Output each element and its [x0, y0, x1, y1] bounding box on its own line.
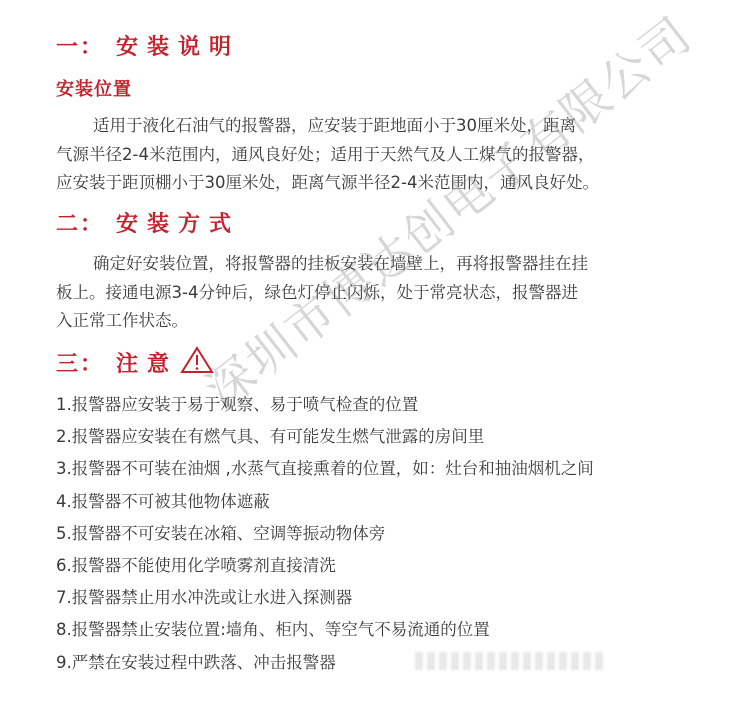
- warning-triangle-icon: [180, 346, 214, 382]
- section-title: 安装说明: [116, 35, 240, 60]
- installation-method-paragraph: 确定好安装位置，将报警器的挂板安装在墙壁上，再将报警器挂在挂 板上。接通电源3-…: [56, 250, 716, 336]
- company-watermark: 深圳市博达创电子有限公司: [189, 0, 704, 422]
- subheading-installation-position: 安装位置: [56, 77, 132, 103]
- section-heading-installation-notes: 一：安装说明: [56, 34, 240, 62]
- section-number: 二: [56, 212, 80, 237]
- list-item: 3.报警器不可装在油烟 ,水蒸气直接熏着的位置，如：灶台和抽油烟机之间: [56, 453, 594, 485]
- section-title: 注意: [116, 352, 178, 377]
- blurred-text-strip: [415, 652, 605, 670]
- section-number: 一: [56, 35, 80, 60]
- section-heading-installation-method: 二：安装方式: [56, 211, 240, 239]
- list-item: 1.报警器应安装于易于观察、易于喷气检查的位置: [56, 389, 594, 421]
- section-colon: ：: [80, 212, 102, 237]
- installation-position-paragraph: 适用于液化石油气的报警器，应安装于距地面小于30厘米处，距离 气源半径2-4米范…: [56, 112, 716, 198]
- section-heading-precautions: 三：注意: [56, 346, 214, 382]
- section-colon: ：: [80, 352, 102, 377]
- precautions-list: 1.报警器应安装于易于观察、易于喷气检查的位置 2.报警器应安装在有燃气具、有可…: [56, 389, 594, 679]
- paragraph-line: 板上。接通电源3-4分钟后，绿色灯停止闪烁，处于常亮状态，报警器进: [56, 279, 716, 308]
- list-item: 5.报警器不可安装在冰箱、空调等振动物体旁: [56, 518, 594, 550]
- paragraph-line: 确定好安装位置，将报警器的挂板安装在墙壁上，再将报警器挂在挂: [56, 250, 716, 279]
- list-item: 6.报警器不能使用化学喷雾剂直接清洗: [56, 550, 594, 582]
- paragraph-line: 入正常工作状态。: [56, 307, 716, 336]
- list-item: 8.报警器禁止安装位置:墙角、柜内、等空气不易流通的位置: [56, 614, 594, 646]
- installation-instructions-page: 一：安装说明 安装位置 适用于液化石油气的报警器，应安装于距地面小于30厘米处，…: [0, 0, 750, 703]
- list-item: 4.报警器不可被其他物体遮蔽: [56, 486, 594, 518]
- paragraph-line: 适用于液化石油气的报警器，应安装于距地面小于30厘米处，距离: [56, 112, 716, 141]
- paragraph-line: 应安装于距顶棚小于30厘米处，距离气源半径2-4米范围内，通风良好处。: [56, 169, 716, 198]
- section-colon: ：: [80, 35, 102, 60]
- section-number: 三: [56, 352, 80, 377]
- list-item: 2.报警器应安装在有燃气具、有可能发生燃气泄露的房间里: [56, 421, 594, 453]
- list-item: 7.报警器禁止用水冲洗或让水进入探测器: [56, 582, 594, 614]
- section-title: 安装方式: [116, 212, 240, 237]
- paragraph-line: 气源半径2-4米范围内，通风良好处；适用于天然气及人工煤气的报警器，: [56, 141, 716, 170]
